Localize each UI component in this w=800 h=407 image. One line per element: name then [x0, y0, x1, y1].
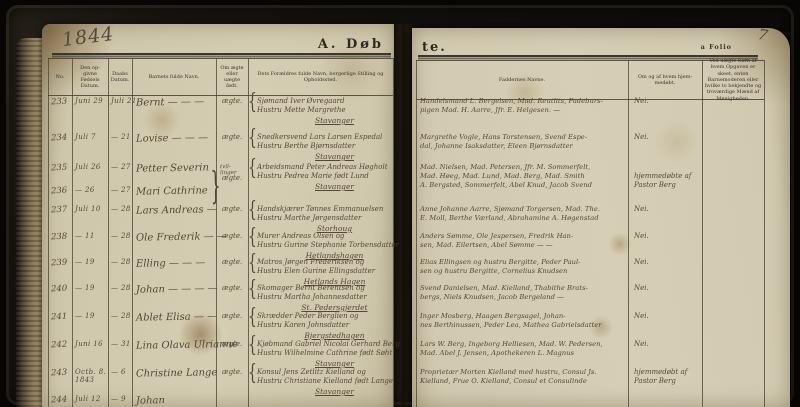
godparents-line: Elias Ellingsen og hustru Bergitte, Pede… [420, 258, 628, 267]
birth-date-cell: — 19 [72, 258, 108, 266]
column-divider [108, 58, 109, 407]
home-baptism-cell: Nei. [628, 205, 702, 214]
legitimacy-cell: ægte. [216, 258, 248, 266]
birth-date-cell: — 26 [72, 186, 108, 194]
home-baptism-cell: hjemmedøbt af Pastor Berg [628, 368, 702, 385]
row-number: 233 [48, 97, 72, 108]
register-row-right: Mad. Nielsen, Mad. Petersen, Jfr. M. Som… [416, 163, 764, 190]
parents-line: Handskjærer Tønnes Emmanuelsen [257, 205, 393, 214]
legitimacy-cell: ægte. [216, 312, 248, 320]
godparents-cell: Handelsmand L. Bergelsen, Mad. Reutlits,… [416, 97, 628, 115]
godparents-line: Proprietær Morten Kielland med hustru, C… [420, 368, 628, 377]
godparents-line: Handelsmand L. Bergelsen, Mad. Reutlits,… [420, 97, 628, 106]
twin-label: tvil­linger [220, 164, 242, 176]
birth-date-cell: — 19 [72, 312, 108, 320]
column-header: Faddernes Navne. [416, 61, 628, 99]
register-row: 244Juli 12— 9Johan [48, 395, 393, 406]
row-number: 234 [48, 133, 72, 144]
godparents-line: sen, Mad. Eilertsen, Abel Sømme — — [420, 241, 628, 250]
parents-cell: {Kjøbmand Gabriel Nicolai Gerhard BergHu… [248, 340, 393, 368]
godparents-line: Mad. Nielsen, Mad. Petersen, Jfr. M. Som… [420, 163, 628, 172]
birth-date-cell: Juli 10 [72, 205, 108, 213]
parents-line: Sjømand Iver Øvregaard [257, 97, 393, 106]
parents-line: Kjøbmand Gabriel Nicolai Gerhard Berg [257, 340, 393, 349]
residence: Stavanger [287, 151, 382, 161]
page-title-left: A. Døb [318, 37, 384, 52]
parents-line: Hustru Berthe Bjørnsdatter [257, 142, 393, 151]
register-row-right: Handelsmand L. Bergelsen, Mad. Reutlits,… [416, 97, 764, 115]
column-header: Ved uægte Børn af hvem Opgaven er skeet,… [702, 61, 764, 99]
column-divider [628, 60, 629, 407]
column-header: No. [48, 59, 72, 95]
parents-line: Hustru Christiane Kielland født Lange [257, 377, 393, 386]
parents-brace-icon: { [248, 162, 257, 176]
parents-cell: {Snedkersvend Lars Larsen EspedalHustru … [248, 133, 393, 161]
parents-cell: {Skrædder Peder Berglien ogHustru Karen … [248, 312, 393, 340]
register-row-right: Elias Ellingsen og hustru Bergitte, Pede… [416, 258, 764, 276]
column-header: Den op-givne Fødsels Datum. [72, 59, 108, 95]
parents-cell: {Matros Jørgen Frederiksen ogHustru Elen… [248, 258, 393, 286]
legitimacy-cell: ægte. [216, 284, 248, 292]
parents-brace-icon: { [248, 311, 257, 325]
birth-date-cell: Juni 16 [72, 340, 108, 348]
residence: Bjergstedhagen [287, 330, 382, 340]
register-row-right: Svend Danielsen, Mad. Kielland, Thabithe… [416, 284, 764, 302]
child-name-cell: Johan [132, 394, 216, 406]
row-number: 242 [48, 340, 72, 351]
register-row: 234Juli 7— 21Lovise — — —ægte.{Snedkersv… [48, 133, 393, 161]
parents-line: Hustru Gurine Stephanie Torbensdatter [257, 241, 393, 250]
row-number: 237 [48, 205, 72, 216]
parents-line: Hustru Martha Johannesdatter [257, 293, 393, 302]
child-name-cell: Johan — — — — [132, 283, 216, 295]
child-name: Johan [136, 395, 165, 407]
baptism-date-cell: Juli 21 [108, 97, 132, 105]
register-row: 233Juni 29Juli 21Bernt — — —ægte.{Sjøman… [48, 97, 393, 125]
register-row: 241— 19— 28Ablet Elisa — —ægte.{Skrædder… [48, 312, 393, 340]
child-name: Lina Olava Ulrianne [136, 339, 238, 352]
child-name-cell: Elling — — — [132, 257, 216, 269]
baptism-date-cell: — 31 [108, 340, 132, 348]
baptism-date-cell: — 28 [108, 284, 132, 292]
home-baptism-cell: Nei. [628, 340, 702, 349]
child-name: Lovise — — — [136, 132, 208, 144]
godparents-line: Margrethe Vogle, Hans Torstensen, Svend … [420, 133, 628, 142]
godparents-line: Mad. Abel J. Jensen, Apothekeren L. Magn… [420, 349, 628, 358]
baptism-date-cell: — 9 [108, 395, 132, 403]
column-divider [132, 58, 133, 407]
godparents-line: Anne Johanne Aarre, Sjømand Torgersen, M… [420, 205, 628, 214]
row-number: 244 [48, 395, 72, 406]
residence: Stavanger [287, 115, 382, 125]
parents-brace-icon: { [248, 339, 257, 353]
row-number: 243 [48, 368, 72, 379]
column-divider [416, 60, 417, 407]
parents-brace-icon: { [248, 283, 257, 297]
right-table: Faddernes Navne.Om og af hvem hjem-medøb… [416, 60, 764, 407]
legitimacy-cell: ægte. [216, 133, 248, 141]
residence: St. Pedersgjerdet [287, 302, 382, 312]
parents-cell: {Konsul Jens Zetlitz Kielland ogHustru C… [248, 368, 393, 396]
parents-brace-icon: { [248, 367, 257, 381]
birth-date-cell: Octb. 8. 1843 [72, 368, 108, 384]
child-name-cell: Mari Cathrine [132, 185, 216, 197]
right-table-header: Faddernes Navne.Om og af hvem hjem-medøb… [416, 60, 764, 100]
parents-line: Arbeidsmand Peter Andreas Høgholt [257, 163, 393, 172]
home-baptism-cell: Nei. [628, 284, 702, 293]
godparents-line: nes Berthinussen, Peder Lea, Mathea Gabr… [420, 321, 628, 330]
godparents-line: bergs, Niels Knudsen, Jacob Bergeland — [420, 293, 628, 302]
child-name-cell: Petter Severin}tvil­linger [132, 162, 216, 174]
legitimacy-cell: ægte. [216, 368, 248, 376]
baptism-date-cell: — 21 [108, 133, 132, 141]
row-number: 239 [48, 258, 72, 269]
child-name: Lars Andreas — [136, 204, 217, 216]
register-row-right: Margrethe Vogle, Hans Torstensen, Svend … [416, 133, 764, 151]
column-header: Daabs Datum. [108, 59, 132, 95]
header-rule-right [418, 55, 758, 57]
register-row-right: Anders Sømme, Ole Jespersen, Fredrik Han… [416, 232, 764, 250]
child-name: Christine Lange [136, 367, 218, 379]
child-name: Elling — — — [136, 257, 205, 269]
home-baptism-cell: Nei. [628, 258, 702, 267]
ledger-year: 1844 [61, 23, 116, 51]
child-name-cell: Lina Olava Ulrianne [132, 339, 216, 351]
child-name-cell: Lars Andreas — [132, 204, 216, 216]
godparents-line: Inger Mosberg, Haagen Bergsagel, Johan- [420, 312, 628, 321]
child-name: Mari Cathrine [136, 185, 208, 197]
godparents-line: dal, Johanne Isaksdatter, Eleen Bjørnsda… [420, 142, 628, 151]
home-baptism-cell: Nei. [628, 232, 702, 241]
row-number: 240 [48, 284, 72, 295]
baptism-date-cell: — 27 [108, 186, 132, 194]
child-name: Ablet Elisa — — [136, 311, 217, 323]
parents-brace-icon: { [248, 257, 257, 271]
baptism-date-cell: — 28 [108, 232, 132, 240]
left-table: No.Den op-givne Fødsels Datum.Daabs Datu… [48, 58, 393, 407]
parents-line: Skrædder Peder Berglien og [257, 312, 393, 321]
child-name: Petter Severin [136, 162, 209, 174]
parents-line: Skomager Bernt Berentsen og [257, 284, 393, 293]
godparents-line: A. Bergsted, Sommerfelt, Abel Knud, Jaco… [420, 181, 628, 190]
register-row: 243Octb. 8. 1843— 6Christine Langeægte.{… [48, 368, 393, 396]
baptism-date-cell: — 28 [108, 205, 132, 213]
godparents-cell: Anders Sømme, Ole Jespersen, Fredrik Han… [416, 232, 628, 250]
column-divider [248, 58, 249, 407]
parents-line: Murer Andreas Olsen og [257, 232, 393, 241]
child-name-cell: Ole Frederik — — [132, 231, 216, 243]
birth-date-cell: Juni 29 [72, 97, 108, 105]
register-row-right: Inger Mosberg, Haagen Bergsagel, Johan-n… [416, 312, 764, 330]
godparents-line: Anders Sømme, Ole Jespersen, Fredrik Han… [420, 232, 628, 241]
parents-line: Hustru Elen Gurine Ellingsdatter [257, 267, 393, 276]
header-rule-left [52, 53, 391, 55]
baptism-date-cell: — 28 [108, 312, 132, 320]
child-name-cell: Bernt — — — [132, 96, 216, 108]
column-divider [72, 58, 73, 407]
parents-brace-icon: { [248, 231, 257, 245]
left-page: 1844 A. Døb No.Den op-givne Fødsels Datu… [42, 24, 394, 407]
parents-line: Hustru Marthe Jørgensdatter [257, 214, 393, 223]
parents-line: Konsul Jens Zetlitz Kielland og [257, 368, 393, 377]
godparents-cell: Lars W. Berg, Ingeborg Helliesen, Mad. W… [416, 340, 628, 358]
parents-cell: {Skomager Bernt Berentsen ogHustru Marth… [248, 284, 393, 312]
child-name-cell: Christine Lange [132, 367, 216, 379]
home-baptism-cell: Nei. [628, 133, 702, 142]
register-row-right: Lars W. Berg, Ingeborg Helliesen, Mad. W… [416, 340, 764, 358]
child-name: Ole Frederik — — [136, 231, 227, 244]
parents-cell: {Sjømand Iver ØvregaardHustru Mette Marg… [248, 97, 393, 125]
godparents-line: E. Moll, Berthe Værland, Abrahamine A. H… [420, 214, 628, 223]
godparents-line: pigen Mad. H. Aarre, Jfr. E. Helgesen. — [420, 106, 628, 115]
parents-brace-icon: { [248, 204, 257, 218]
parish-register-scan: 1844 A. Døb No.Den op-givne Fødsels Datu… [0, 0, 800, 407]
godparents-cell: Mad. Nielsen, Mad. Petersen, Jfr. M. Som… [416, 163, 628, 190]
home-baptism-cell: hjemmedøbte af Pastor Berg [628, 163, 702, 189]
godparents-line: Mad. Høeg, Mad. Lund, Mad. Berg, Mad. Sm… [420, 172, 628, 181]
register-row-right: Proprietær Morten Kielland med hustru, C… [416, 368, 764, 386]
child-name: Johan — — — — [136, 283, 218, 295]
baptism-date-cell: — 6 [108, 368, 132, 376]
register-row: 240— 19— 28Johan — — — —ægte.{Skomager B… [48, 284, 393, 312]
column-header: Om ægte eller uægte født. [216, 59, 248, 95]
godparents-cell: Inger Mosberg, Haagen Bergsagel, Johan-n… [416, 312, 628, 330]
column-header: Barnets fulde Navn. [132, 59, 216, 95]
left-table-body: 233Juni 29Juli 21Bernt — — —ægte.{Sjøman… [48, 94, 393, 407]
legitimacy-cell: ægte. [216, 97, 248, 105]
column-header: Dets Forældres fulde Navn, borgerlige St… [248, 59, 393, 95]
left-table-header: No.Den op-givne Fødsels Datum.Daabs Datu… [48, 58, 393, 96]
parents-brace-icon: { [248, 96, 257, 110]
row-number: 238 [48, 232, 72, 243]
godparents-line: Kielland, Frue O. Kielland, Consul et Co… [420, 377, 628, 386]
row-number: 235 [48, 163, 72, 174]
child-name: Bernt — — — [136, 96, 204, 108]
birth-date-cell: — 19 [72, 284, 108, 292]
birth-date-cell: — 11 [72, 232, 108, 240]
parents-cell: {Murer Andreas Olsen ogHustru Gurine Ste… [248, 232, 393, 260]
gutter-shadow [392, 24, 414, 407]
column-divider [48, 58, 49, 407]
godparents-cell: Anne Johanne Aarre, Sjømand Torgersen, M… [416, 205, 628, 223]
register-row: 239— 19— 28Elling — — —ægte.{Matros Jørg… [48, 258, 393, 286]
baptism-date-cell: — 28 [108, 258, 132, 266]
row-number: 241 [48, 312, 72, 323]
home-baptism-cell: Nei. [628, 97, 702, 106]
column-header: Om og af hvem hjem-medøbt. [628, 61, 702, 99]
column-divider [702, 60, 703, 407]
birth-date-cell: Juli 7 [72, 133, 108, 141]
row-number: 236 [48, 186, 72, 197]
residence: Stavanger [287, 358, 382, 368]
birth-date-cell: Juli 12 [72, 395, 108, 403]
page-number: 7 [757, 25, 770, 45]
godparents-cell: Elias Ellingsen og hustru Bergitte, Pede… [416, 258, 628, 276]
parents-cell: {Handskjærer Tønnes EmmanuelsenHustru Ma… [248, 205, 393, 233]
child-name-cell: Lovise — — — [132, 132, 216, 144]
folio-label: a Folio [701, 43, 732, 51]
register-row: 236— 26— 27Mari Cathrine [48, 186, 393, 197]
parents-line: Matros Jørgen Frederiksen og [257, 258, 393, 267]
register-row: 237Juli 10— 28Lars Andreas —ægte.{Handsk… [48, 205, 393, 233]
parents-brace-icon: { [248, 132, 257, 146]
right-page: te. a Folio 7 Faddernes Navne.Om og af h… [412, 28, 790, 407]
parents-line: Hustru Wilhelmine Cathrine født Søht [257, 349, 393, 358]
godparents-line: Lars W. Berg, Ingeborg Helliesen, Mad. W… [420, 340, 628, 349]
godparents-cell: Margrethe Vogle, Hans Torstensen, Svend … [416, 133, 628, 151]
register-row: 238— 11— 28Ole Frederik — —ægte.{Murer A… [48, 232, 393, 260]
register-row-right: Anne Johanne Aarre, Sjømand Torgersen, M… [416, 205, 764, 223]
baptism-date-cell: — 27 [108, 163, 132, 171]
godparents-line: Svend Danielsen, Mad. Kielland, Thabithe… [420, 284, 628, 293]
home-baptism-cell: Nei. [628, 312, 702, 321]
parents-line: Snedkersvend Lars Larsen Espedal [257, 133, 393, 142]
right-table-body: Handelsmand L. Bergelsen, Mad. Reutlits,… [416, 98, 764, 407]
legitimacy-cell: ægte. [216, 205, 248, 213]
column-divider [216, 58, 217, 407]
page-title-right: te. [422, 40, 447, 55]
parents-line: Hustru Mette Margrethe [257, 106, 393, 115]
child-name-cell: Ablet Elisa — — [132, 311, 216, 323]
register-row: 242Juni 16— 31Lina Olava Ulrianneægte.{K… [48, 340, 393, 368]
parents-line: Hustru Karen Johnsdatter [257, 321, 393, 330]
godparents-cell: Svend Danielsen, Mad. Kielland, Thabithe… [416, 284, 628, 302]
parents-line: Hustru Pedrea Marie født Lund [257, 172, 393, 181]
godparents-cell: Proprietær Morten Kielland med hustru, C… [416, 368, 628, 386]
column-divider [764, 60, 765, 407]
birth-date-cell: Juli 26 [72, 163, 108, 171]
godparents-line: sen og hustru Bergitte, Cornelius Knudse… [420, 267, 628, 276]
